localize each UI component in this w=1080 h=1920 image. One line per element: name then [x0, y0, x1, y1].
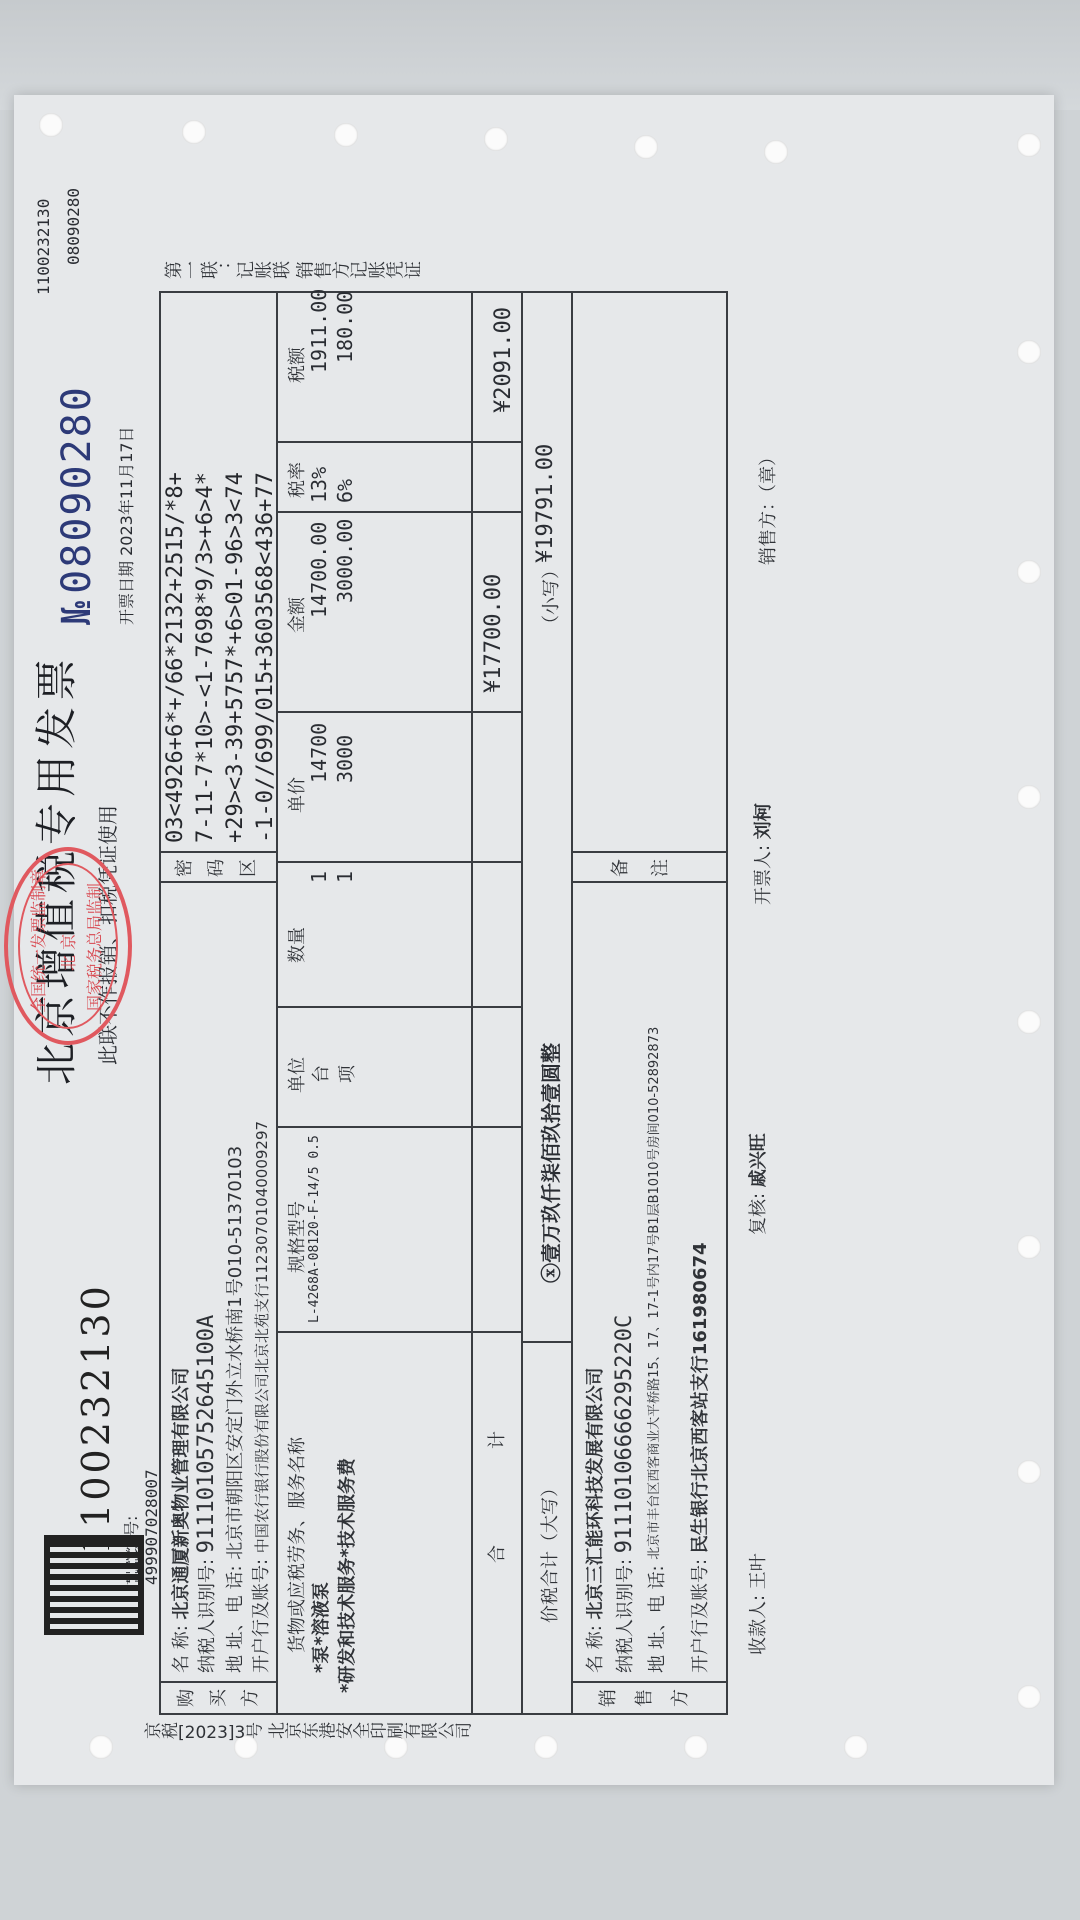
grand-total-small: ¥19791.00 [533, 444, 558, 563]
item-name: *泵*溶液泵 [307, 1582, 333, 1673]
item-unit: 台 [307, 1065, 333, 1083]
header-unit: 单位 [283, 1057, 309, 1093]
invoice-table: 购买方 名 称: 北京通厦新奥物业管理有限公司 纳税人识别号: 91110105… [159, 291, 728, 1715]
number-symbol: № [54, 599, 100, 625]
reviewer: 复核: 戚兴旺 [744, 1133, 770, 1235]
cipher-line: -1-0//699/015+3603568<436+77 [251, 472, 281, 843]
seller-taxid-row: 纳税人识别号: 91110106666295220C [611, 1315, 637, 1673]
invoice-number: 08090280 [54, 385, 100, 594]
buyer-address-row: 地 址、电 话: 北京市朝阳区安定门外立水桥南1号010-51370103 [221, 1146, 247, 1673]
issue-date: 开票日期 2023年11月17日 [114, 426, 137, 625]
qr-code [44, 1535, 144, 1635]
buyer-name-row: 名 称: 北京通厦新奥物业管理有限公司 [167, 1367, 193, 1673]
drawer-name: 刘柯 [753, 803, 774, 839]
total-amount: ¥17700.00 [481, 574, 506, 693]
seller-section-label: 销售方 [591, 1687, 699, 1707]
grand-total-small-label: （小写） [537, 561, 563, 633]
header-item-name: 货物或应税劳务、服务名称 [283, 1437, 309, 1653]
cipher-line: 03<4926+6*+/66*2132+2515/*8+ [161, 472, 191, 843]
buyer-name: 北京通厦新奥物业管理有限公司 [171, 1367, 192, 1619]
header-spec: 规格型号 [283, 1201, 309, 1273]
header-amount: 金额 [283, 597, 309, 633]
label: 纳税人识别号: [197, 1559, 218, 1673]
seller-tax-id: 91110106666295220C [612, 1315, 637, 1553]
label: 名 称: [171, 1625, 192, 1673]
header-qty: 数量 [283, 927, 309, 963]
buyer-bank: 中国农行银行股份有限公司北京北苑支行11230701040009297 [253, 1121, 271, 1553]
seller-address-row: 地 址、电 话: 北京市丰台区西客商业大平桥路15、17、17-1号内17号B1… [643, 940, 669, 1673]
total-tax: ¥2091.00 [491, 307, 516, 413]
label: 开户行及账号: [251, 1559, 272, 1673]
desk-background [0, 0, 1080, 110]
seller-bank-row: 开户行及账号: 民生银行北京西客站支行161980674 [686, 1242, 712, 1673]
label: 地 址、电 话: [647, 1565, 668, 1673]
buyer-tax-id: 911101057526451​00A [194, 1315, 219, 1553]
cipher-line: 7-11-7*10>-<1-7698*9/3>+6>4* [191, 472, 221, 843]
grand-total-uppercase: ⓧ壹万玖仟柒佰玖拾壹圆整 [535, 1043, 564, 1283]
payee: 收款人: 王叶 [744, 1553, 770, 1655]
item-unit: 项 [333, 1065, 359, 1083]
item-spec: L-4268A-08120-F-14/5 0.5 [307, 1133, 322, 1323]
seal-text-mid: 北 京 [56, 934, 79, 971]
invoice-content: 北京增值税专用发票 1100232130 № 08090280 11002321… [14, 95, 1054, 1785]
label: 纳税人识别号: [615, 1559, 636, 1673]
buyer-address: 北京市朝阳区安定门外立水桥南1号010-51370103 [225, 1146, 246, 1560]
item-qty: 1 [333, 871, 357, 883]
label: 开户行及账号: [690, 1559, 711, 1673]
printer-info: 京税[2023]3号 北京东港安全印刷有限公司 [144, 1720, 704, 1745]
invoice-code: 1100232130 [74, 1283, 118, 1555]
item-tax: 180.00 [333, 291, 357, 363]
item-qty: 1 [307, 871, 331, 883]
item-price: 14700 [307, 723, 331, 783]
issue-date-value: 2023年11月17日 [117, 426, 136, 555]
seal-text-top: 全国统一发票监制章 [26, 869, 49, 1013]
buyer-bank-row: 开户行及账号: 中国农行银行股份有限公司北京北苑支行11230701040009… [247, 1121, 273, 1673]
cipher-label: 密码区 [169, 857, 265, 877]
header-tax: 税额 [283, 347, 309, 383]
remarks-label: 备注 [601, 857, 681, 877]
item-tax: 1911.00 [307, 289, 331, 373]
header-rate: 税率 [283, 462, 309, 498]
issue-date-label: 开票日期 [117, 561, 136, 625]
label: 地 址、电 话: [225, 1565, 246, 1673]
invoice-number-small: 08090280 [64, 188, 83, 265]
label: 复核: [748, 1193, 769, 1235]
buyer-section-label: 购买方 [171, 1687, 267, 1707]
label: 名 称: [585, 1625, 606, 1673]
seller-name: 北京三汇能环科技发展有限公司 [585, 1367, 606, 1619]
buyer-taxid-row: 纳税人识别号: 911101057526451​00A [193, 1315, 219, 1673]
copy-label: 第一联：记账联 销售方记账凭证 [164, 259, 424, 285]
tax-seal: 全国统一发票监制章 北 京 国家税务总局监制 [4, 847, 132, 1045]
seller-name-row: 名 称: 北京三汇能环科技发展有限公司 [581, 1367, 607, 1673]
cipher-line: +29><3-39+5757*+6>01-96>3<74 [221, 472, 251, 843]
cipher-area: 03<4926+6*+/66*2132+2515/*8+ 7-11-7*10>-… [161, 472, 281, 843]
item-rate: 6% [333, 479, 357, 503]
item-amount: 3000.00 [333, 519, 357, 603]
invoice-code-small: 1100232130 [34, 199, 53, 295]
label: 开票人: [753, 845, 774, 905]
seller-bank: 民生银行北京西客站支行161980674 [690, 1242, 711, 1553]
item-rate: 13% [307, 467, 331, 503]
item-name: *研发和技术服务*技术服务费 [333, 1458, 359, 1693]
drawer: 开票人: 刘柯 [749, 803, 775, 905]
reviewer-name: 戚兴旺 [748, 1133, 769, 1187]
payee-name: 王叶 [748, 1553, 769, 1589]
invoice-number-block: № 08090280 [54, 385, 100, 625]
item-amount: 14700.00 [307, 522, 331, 618]
header-price: 单价 [283, 777, 309, 813]
total-label: 合 计 [483, 1411, 509, 1563]
item-price: 3000 [333, 735, 357, 783]
grand-total-label: 价税合计（大写） [536, 1479, 562, 1623]
seller-stamp-label: 销售方：（章） [754, 448, 780, 565]
seller-address: 北京市丰台区西客商业大平桥路15、17、17-1号内17号B1层B1010号房间… [643, 940, 662, 1560]
seal-text-bottom: 国家税务总局监制 [82, 883, 105, 1011]
label: 收款人: [748, 1595, 769, 1655]
